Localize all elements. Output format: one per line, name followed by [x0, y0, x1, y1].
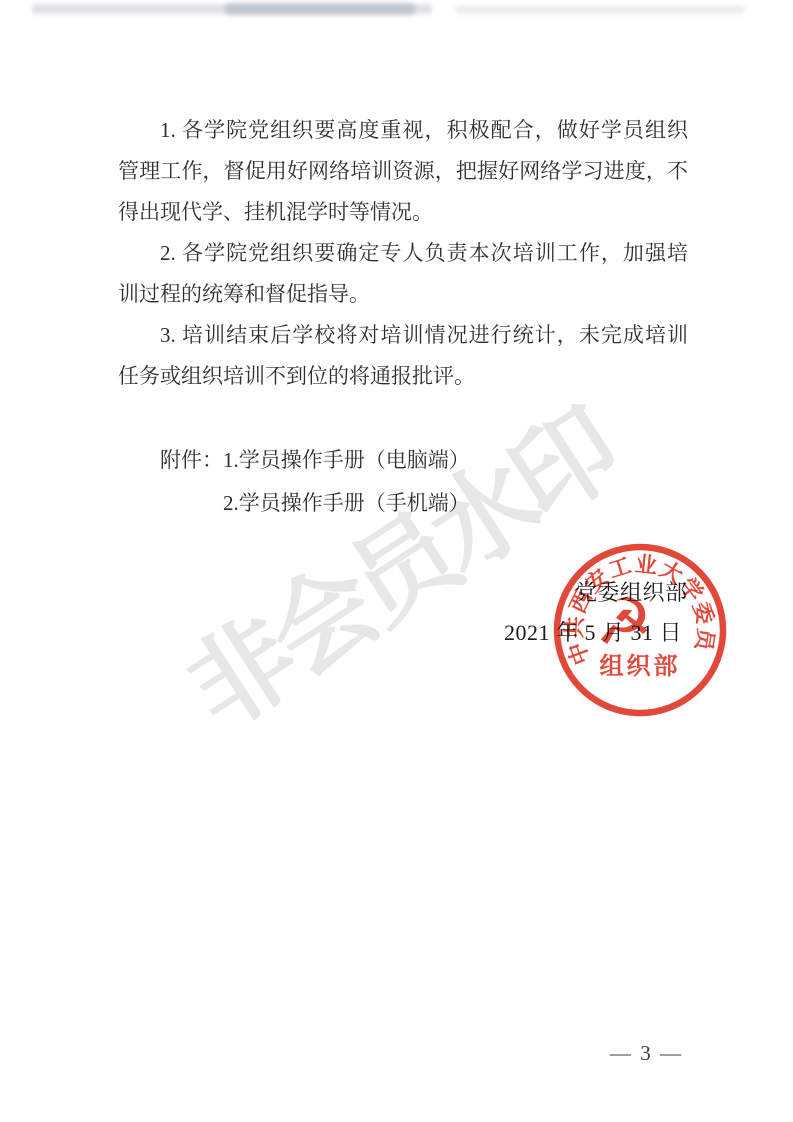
attachment-item-1: 1.学员操作手册（电脑端）: [223, 439, 470, 482]
attachment-block: 附件： 1.学员操作手册（电脑端） 2.学员操作手册（手机端）: [118, 439, 688, 525]
paragraph-3-line-1: 3. 培训结束后学校将对培训情况进行统计，未完成培训: [118, 315, 688, 356]
page-number: — 3 —: [610, 1041, 683, 1066]
paragraph-1-line-2: 管理工作，督促用好网络培训资源，把握好网络学习进度，不: [118, 151, 688, 192]
official-seal: 中共西安工业大学委员会 ☭ 组织部: [550, 540, 730, 720]
paragraph-3-line-2: 任务或组织培训不到位的将通报批评。: [118, 356, 688, 397]
paragraph-1-line-3: 得出现代学、挂机混学时等情况。: [118, 192, 688, 233]
scan-artifact: [225, 3, 415, 15]
document-body: 1. 各学院党组织要高度重视，积极配合，做好学员组织 管理工作，督促用好网络培训…: [118, 110, 688, 397]
paragraph-1-line-1: 1. 各学院党组织要高度重视，积极配合，做好学员组织: [118, 110, 688, 151]
attachment-item-2: 2.学员操作手册（手机端）: [223, 482, 470, 525]
document-page: 非会员水印 1. 各学院党组织要高度重视，积极配合，做好学员组织 管理工作，督促…: [0, 0, 793, 1122]
seal-bottom-text: 组织部: [600, 652, 681, 680]
paragraph-2-line-2: 训过程的统筹和督促指导。: [118, 274, 688, 315]
scan-artifact: [455, 6, 745, 14]
attachment-label: 附件：: [118, 439, 223, 525]
hammer-and-sickle-icon: ☭: [595, 586, 652, 660]
paragraph-2-line-1: 2. 各学院党组织要确定专人负责本次培训工作，加强培: [118, 233, 688, 274]
